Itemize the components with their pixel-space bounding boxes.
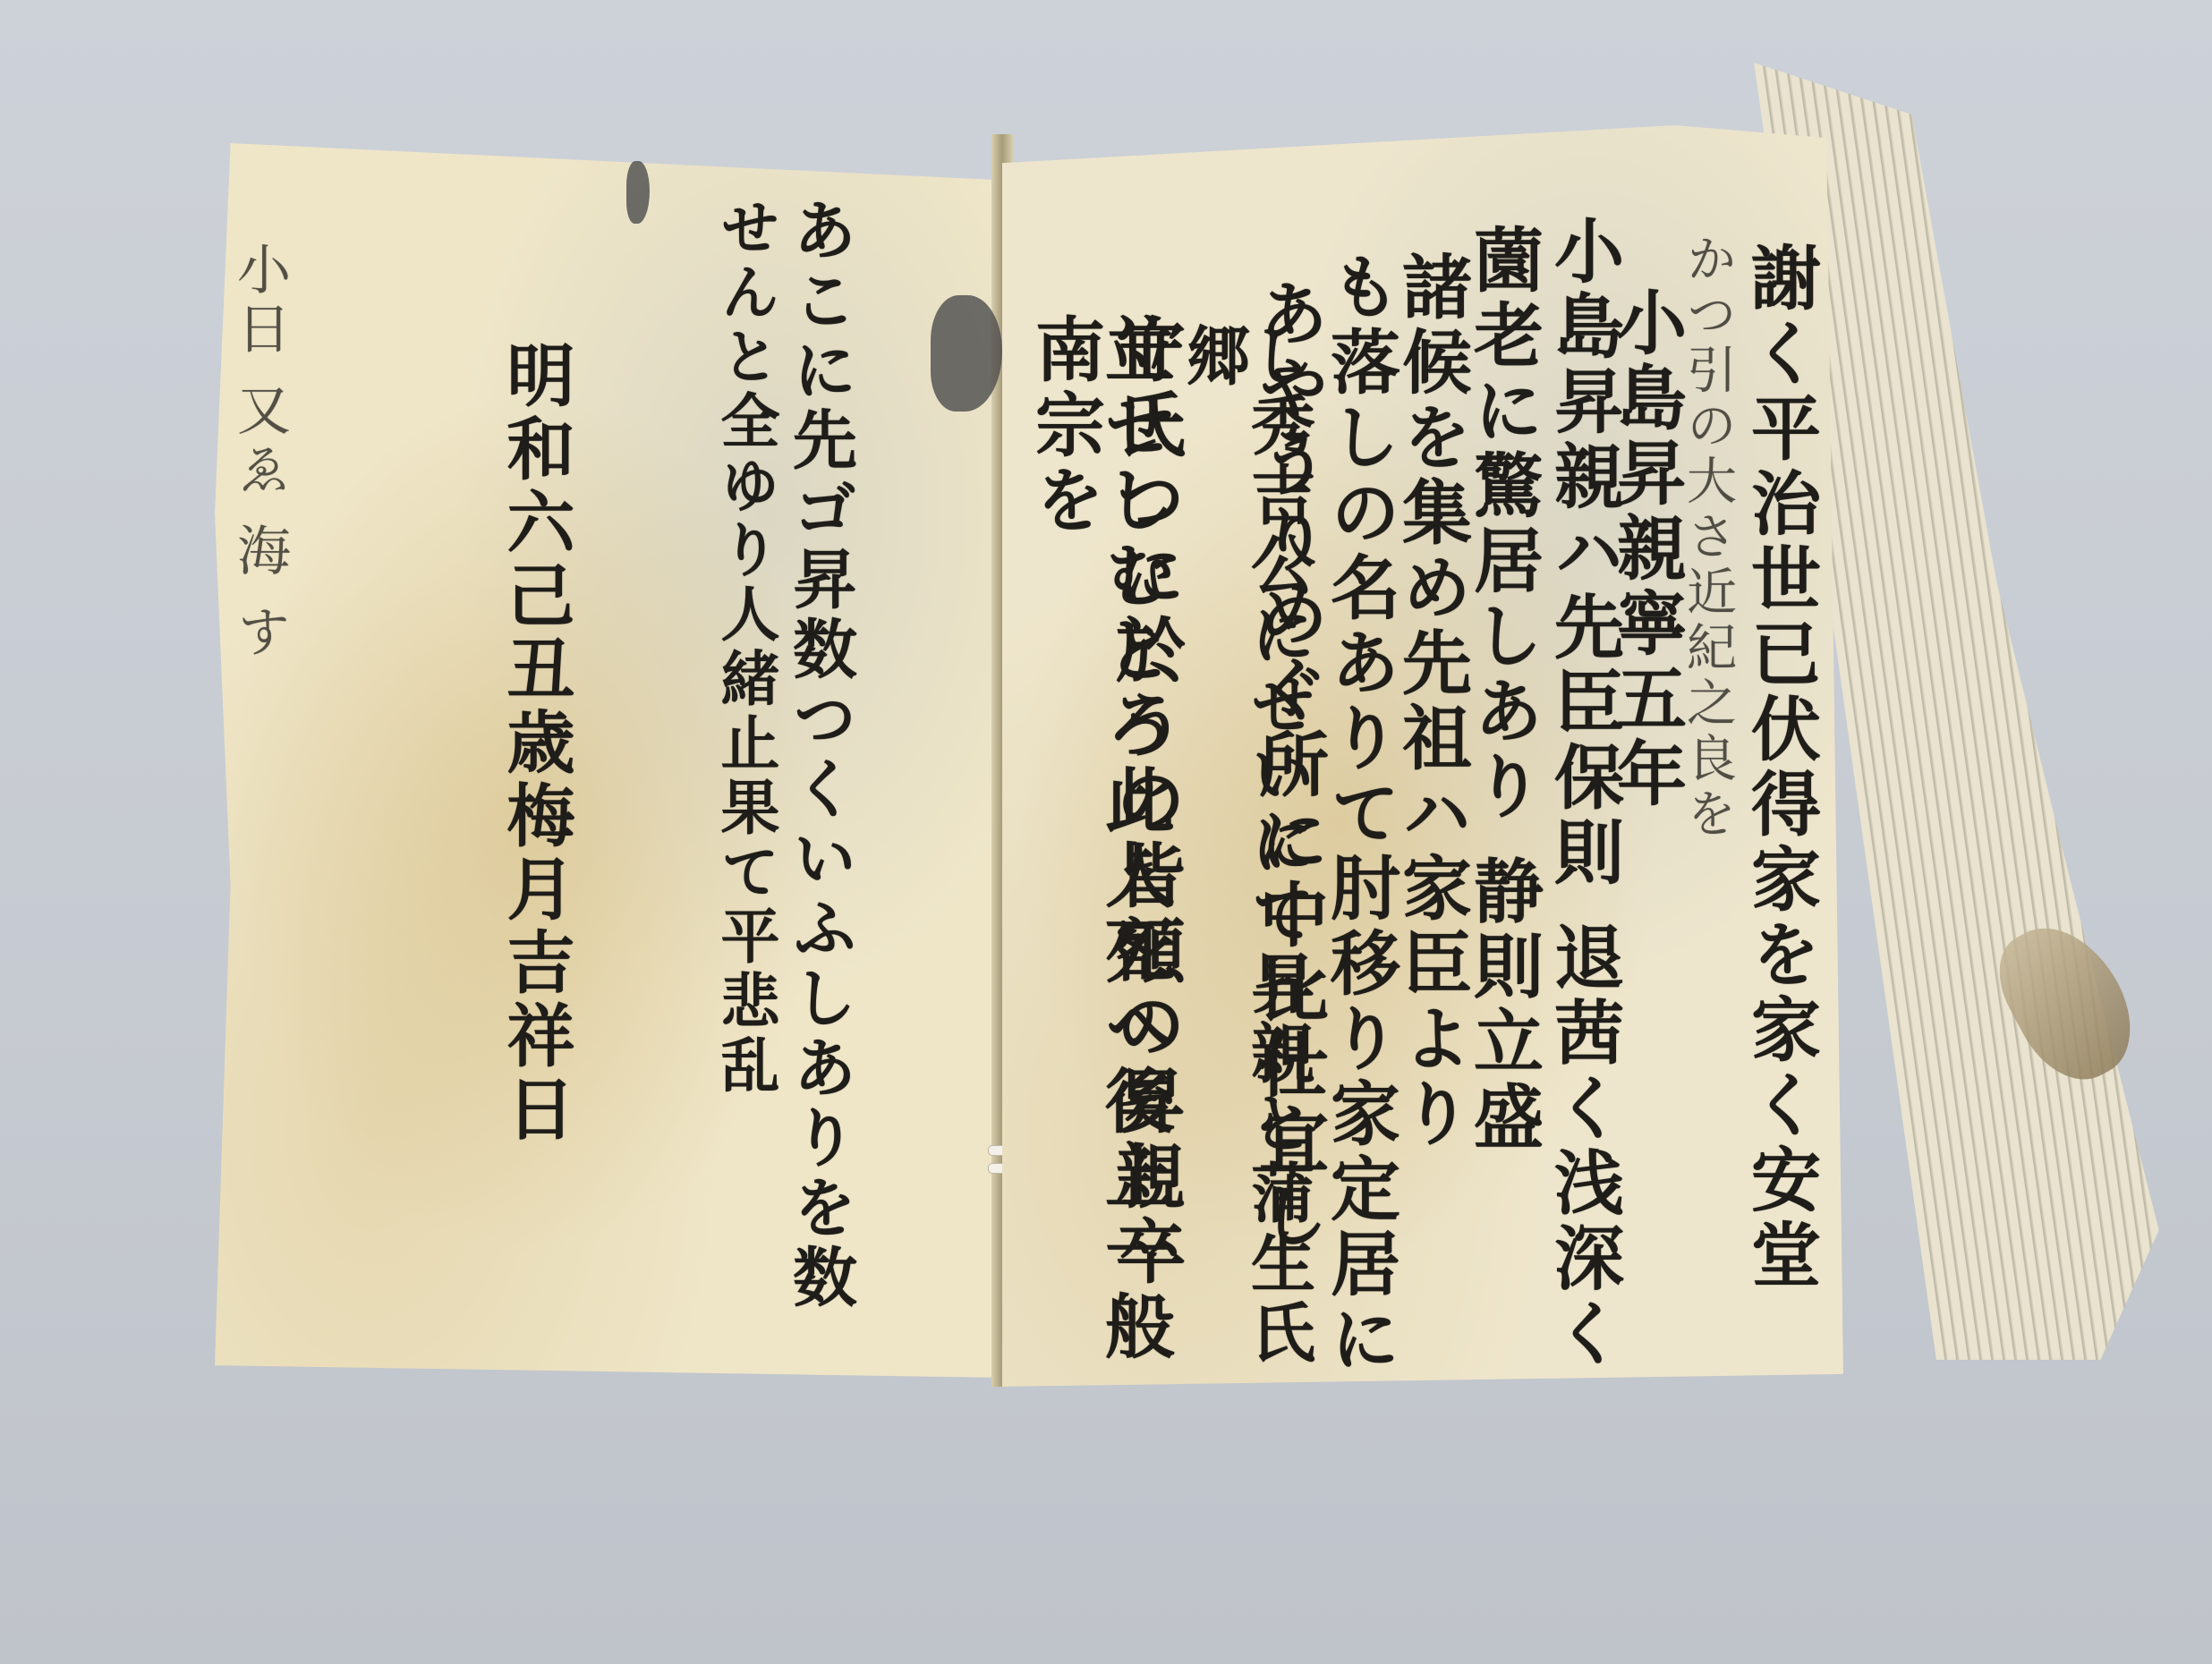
colophon-date-column: 明和六己丑歳梅月吉祥日: [501, 340, 569, 1147]
text-column: かつ引の大さ近紀之良を: [1682, 233, 1732, 843]
text-column: 諸候を集め先祖ハ家臣より: [1396, 250, 1466, 1152]
text-column: 並せしむとろ此人死へ後上一般南宗を: [1029, 313, 1169, 1387]
text-column: せんと全ゆり人緒止果て平悲乱: [716, 197, 775, 1099]
manuscript-photo: あこに先ゴ昇数つくいふしありを数 せんと全ゆり人緒止果て平悲乱 明和六己丑歳梅月…: [0, 0, 2212, 1664]
text-column: 謝く平治世已伏得家を家く安堂: [1745, 242, 1815, 1294]
text-column: 小島昇親ハ先臣保則 退茜く浅深く: [1548, 215, 1618, 1371]
text-column: あこに先ゴ昇数つくいふしありを数: [787, 197, 852, 1313]
edge-fragment-column: 小日 又ゑ 海 す: [233, 242, 286, 663]
text-column: し秀吉公にせいにて昇親と蒲生氏郷: [1181, 322, 1310, 1387]
right-page: 謝く平治世已伏得家を家く安堂 かつ引の大さ近紀之良を 小島昇親寧五年 小島昇親ハ…: [1002, 125, 1843, 1387]
left-page: あこに先ゴ昇数つくいふしありを数 せんと全ゆり人緒止果て平悲乱 明和六己丑歳梅月…: [215, 143, 1002, 1378]
text-column: 薗老に驚居しあり 静則立盛: [1468, 224, 1537, 1155]
text-column: も落しの名ありて肘移り家定居に: [1324, 250, 1394, 1378]
